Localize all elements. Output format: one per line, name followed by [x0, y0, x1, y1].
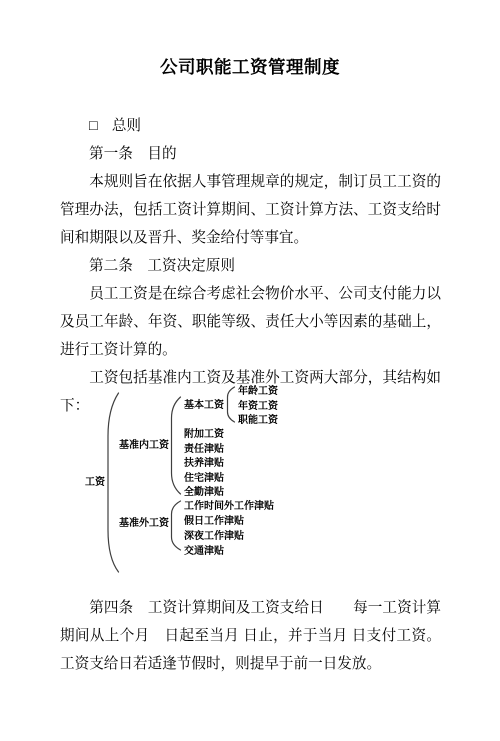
article-2-body: 员工工资是在综合考虑社会物价水平、公司支付能力以及员工年龄、年资、职能等级、责任… [60, 280, 441, 364]
group-inner-label: 基准内工资 [119, 439, 169, 454]
checkbox-square-icon: □ [89, 118, 98, 134]
diagram-item: 深夜工作津贴 [184, 529, 274, 544]
diagram-item: 全勤津贴 [184, 486, 224, 501]
outer-group-bracket [170, 500, 182, 551]
chapter-title: 总则 [112, 118, 141, 134]
diagram-item: 交通津贴 [184, 544, 274, 559]
inner-wage-items: 附加工资 责任津贴 扶养津贴 住宅津贴 全勤津贴 [184, 428, 224, 501]
article-1-heading: 第一条 目的 [89, 140, 177, 168]
diagram-item: 住宅津贴 [184, 472, 224, 487]
wage-structure-intro: 工资包括基准内工资及基准外工资两大部分，其结构如下： [60, 364, 441, 420]
article-1-body: 本规则旨在依据人事管理规章的规定，制订员工工资的管理办法，包括工资计算期间、工资… [60, 168, 441, 252]
diagram-item: 假日工作津贴 [184, 514, 274, 529]
diagram-item: 附加工资 [184, 428, 224, 443]
outer-wage-items: 工作时间外工作津贴 假日工作津贴 深夜工作津贴 交通津贴 [184, 499, 274, 559]
diagram-item: 工作时间外工作津贴 [184, 499, 274, 514]
diagram-item: 责任津贴 [184, 443, 224, 458]
group-outer-label: 基准外工资 [119, 517, 169, 532]
article-2-heading: 第二条 工资决定原则 [89, 252, 235, 280]
article-4-body: 第四条 工资计算期间及工资支给日 每一工资计算期间从上个月 日起至当月 日止，并… [60, 594, 441, 678]
chapter-heading: □总则 [89, 112, 141, 140]
diagram-item: 扶养津贴 [184, 457, 224, 472]
document-title: 公司职能工资管理制度 [0, 55, 500, 79]
document-page: 公司职能工资管理制度 □总则 第一条 目的 本规则旨在依据人事管理规章的规定，制… [0, 0, 500, 741]
diagram-root-label: 工资 [85, 476, 105, 491]
